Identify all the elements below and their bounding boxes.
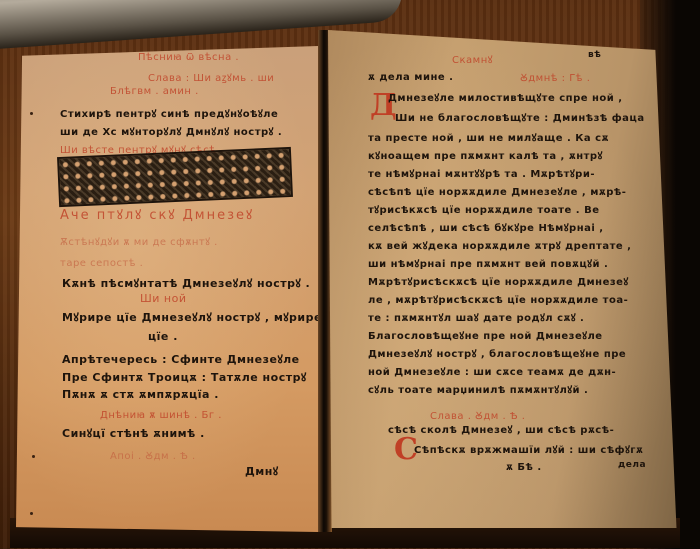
left-header-line-3: Блѣгвм . амин . xyxy=(110,86,199,97)
right-line-18: сꙋль тоате марџинилѣ пѫмѫнтꙋлꙋй . xyxy=(368,382,588,396)
right-line-14: те : пѫмѫнтꙋл шаꙋ дате родꙋл сѫꙋ . xyxy=(368,310,584,324)
left-body-line-7: Пѫнѫ ѫ стѫ ѫмпѫрѫцїа . xyxy=(62,388,219,401)
left-title-line: Аче птꙋлꙋ скꙋ Дмнезеꙋ xyxy=(60,205,254,223)
right-line-1: ѫ дела мине . xyxy=(368,72,453,83)
left-rubric-line-1: Ѫстѣнꙋдꙋи ѫ ми де сфѫнтꙋ . xyxy=(60,234,218,248)
right-final-line-1: сѣсѣ сколѣ Дмнезеꙋ , ши сѣсѣ рѫсѣ- xyxy=(388,422,614,436)
right-line-6: те нѣмꙋрнаі мѫнтꙋꙋрѣ та . Мѫрѣтꙋри- xyxy=(368,166,595,180)
left-intro-line-1: Стихирѣ пентрꙋ синѣ предꙋнꙋоѣꙋле xyxy=(60,106,278,120)
right-line-17: ной Дмнезеꙋле : ши сѫсе теамѫ де дѫн- xyxy=(368,364,616,378)
right-header: Скамнꙋ xyxy=(452,52,493,66)
left-intro-line-2: ши де Хс мꙋнторꙋлꙋ Дмнꙋлꙋ нострꙋ . xyxy=(60,124,282,138)
photo-scene: Пѣсниꙗ ѿ вѣсна . Слава : Ши аꙁꙋмь . ши Б… xyxy=(0,0,700,549)
left-body-line-3: Мꙋрире цїе Дмнезеꙋлꙋ нострꙋ , мꙋрире xyxy=(62,310,322,325)
left-header-line-2: Слава : Ши аꙁꙋмь . ши xyxy=(148,70,274,84)
left-lower-rubric: Днѣниꙗ ѫ шинѣ . Бг . xyxy=(100,410,222,421)
left-catchword: Дмнꙋ xyxy=(245,464,279,479)
right-line-2: Дмнезеꙋле милостивѣщꙋте спре ной , xyxy=(388,90,623,104)
left-header-line-1: Пѣсниꙗ ѿ вѣсна . xyxy=(138,52,239,63)
right-signature: ѫ Бѣ . xyxy=(506,462,542,473)
right-header-right: Ꙋдмнѣ : Гѣ . xyxy=(520,70,590,84)
right-final-line-2: Сѣпѣскѫ врѫжмашїи лꙋй : ши сѣфꙋгѫ xyxy=(414,442,643,456)
left-rubric-line-2: таре сепостѣ . xyxy=(60,258,143,269)
right-line-11: ши нѣмꙋрнаі пре пѫмѫнт вей повѫцꙋй . xyxy=(368,256,608,270)
left-body-line-1: Кѫнѣ пѣсмꙋнтатѣ Дмнезеꙋлꙋ нострꙋ . xyxy=(62,276,310,291)
right-line-16: Дмнезеꙋлꙋ нострꙋ , благословѣщеꙋне пре xyxy=(368,346,626,360)
left-body-line-5: Апрѣтечересь : Сфинте Дмнезеꙋле xyxy=(62,352,300,367)
right-line-10: кѫ вей жꙋдека норѫѫдиле ѫтрꙋ дрептате , xyxy=(368,238,631,252)
left-body-line-6: Пре Сфинтѫ Троицѫ : Татѫле нострꙋ xyxy=(62,370,307,385)
right-rubric-line: Слава . Ꙋдм . Ѣ . xyxy=(430,408,525,422)
page-number: вѣ xyxy=(588,50,601,60)
paper-speck xyxy=(32,455,35,458)
left-closing-rubric: Апоi . Ꙋдм . Ѣ . xyxy=(110,448,196,462)
right-line-13: ле , мѫрѣтꙋрисѣскѫсѣ цїе норѫѫдиле тоа- xyxy=(368,292,628,306)
paper-speck xyxy=(30,112,33,115)
left-lower-line: Синꙋцї стѣнѣ ѫнимѣ . xyxy=(62,426,205,441)
right-line-15: Благословѣщеꙋне пре ной Дмнезеꙋле xyxy=(368,328,603,342)
right-line-12: Мѫрѣтꙋрисѣскѫсѣ цїе норѫѫдиле Дмнезеꙋ xyxy=(368,274,629,288)
headpiece-ornament xyxy=(57,147,293,207)
right-line-4: та престе ной , ши не милꙋаще . Ка сѫ xyxy=(368,130,609,144)
right-line-3: Ши не благословѣщꙋте : Дминѣзѣ фаца xyxy=(395,110,645,124)
right-line-9: селѣсѣпѣ , ши сѣсѣ бꙋкꙋре Нѣмꙋрнаі , xyxy=(368,220,604,234)
right-catchword: дела xyxy=(618,460,646,470)
right-line-7: сѣсѣпѣ цїе норѫѫдиле Дмнезеꙋле , мѫрѣ- xyxy=(368,184,626,198)
left-body-line-4: цїе . xyxy=(148,330,178,343)
right-line-5: кꙋноащем пре пѫмѫнт калѣ та , ѫнтрꙋ xyxy=(368,148,603,162)
paper-speck xyxy=(30,512,33,515)
right-line-8: тꙋрисѣкѫсѣ цїе норѫѫдиле тоате . Ве xyxy=(368,202,599,216)
left-body-line-2: Ши ной xyxy=(140,292,186,305)
